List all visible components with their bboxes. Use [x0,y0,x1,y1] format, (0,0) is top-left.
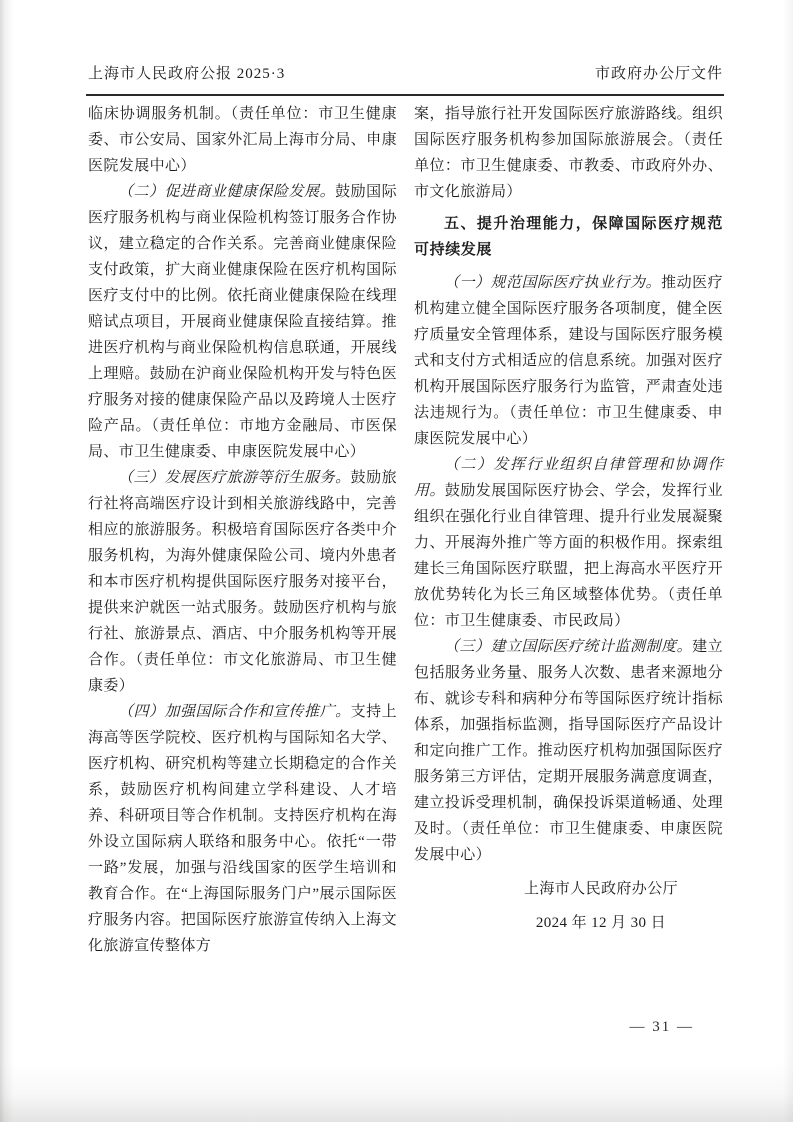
gazette-title: 上海市人民政府公报 2025·3 [88,62,285,83]
paragraph-body: 推动医疗机构建立健全国际医疗服务各项制度，健全医疗质量安全管理体系，建设与国际医… [414,275,723,447]
paragraph-lead: （二）促进商业健康保险发展。 [118,184,335,200]
signature-date: 2024 年 12 月 30 日 [414,910,723,936]
paragraph-item-1: （一）规范国际医疗执业行为。推动医疗机构建立健全国际医疗服务各项制度，健全医疗质… [414,270,723,452]
signature-organization: 上海市人民政府办公厅 [414,876,723,902]
paragraph-lead: （三）发展医疗旅游等衍生服务。 [118,470,351,486]
paragraph-item-4: （四）加强国际合作和宣传推广。支持上海高等医学院校、医疗机构与国际知名大学、医疗… [88,699,397,959]
page-header: 上海市人民政府公报 2025·3 市政府办公厅文件 [88,62,723,83]
paragraph-item-2: （二）发挥行业组织自律管理和协调作用。鼓励发展国际医疗协会、学会，发挥行业组织在… [414,452,723,634]
right-column: 案，指导旅行社开发国际医疗旅游路线。组织国际医疗服务机构参加国际旅游展会。（责任… [414,101,723,959]
paragraph-body: 鼓励发展国际医疗协会、学会，发挥行业组织在强化行业自律管理、提升行业发展凝聚力、… [414,483,723,629]
page-number: — 31 — [630,1019,695,1036]
paragraph-continuation: 案，指导旅行社开发国际医疗旅游路线。组织国际医疗服务机构参加国际旅游展会。（责任… [414,101,723,205]
signature-block: 上海市人民政府办公厅 2024 年 12 月 30 日 [414,876,723,936]
section-heading-5: 五、提升治理能力，保障国际医疗规范可持续发展 [414,211,723,263]
paragraph-item-3: （三）建立国际医疗统计监测制度。建立包括服务业务量、服务人次数、患者来源地分布、… [414,634,723,868]
paragraph-item-2: （二）促进商业健康保险发展。鼓励国际医疗服务机构与商业保险机构签订服务合作协议，… [88,179,397,465]
left-column: 临床协调服务机制。（责任单位：市卫生健康委、市公安局、国家外汇局上海市分局、申康… [88,101,397,959]
paragraph-body: 鼓励国际医疗服务机构与商业保险机构签订服务合作协议，建立稳定的合作关系。完善商业… [88,184,397,460]
paragraph-body: 鼓励旅行社将高端医疗设计到相关旅游线路中，完善相应的旅游服务。积极培育国际医疗各… [88,470,397,694]
header-divider [86,94,724,96]
paragraph-continuation: 临床协调服务机制。（责任单位：市卫生健康委、市公安局、国家外汇局上海市分局、申康… [88,101,397,179]
paragraph-body: 建立包括服务业务量、服务人次数、患者来源地分布、就诊专科和病种分布等国际医疗统计… [414,639,723,863]
paragraph-lead: （一）规范国际医疗执业行为。 [444,275,661,291]
paragraph-body: 支持上海高等医学院校、医疗机构与国际知名大学、医疗机构、研究机构等建立长期稳定的… [88,704,397,954]
paragraph-item-3: （三）发展医疗旅游等衍生服务。鼓励旅行社将高端医疗设计到相关旅游线路中，完善相应… [88,465,397,699]
document-body: 临床协调服务机制。（责任单位：市卫生健康委、市公安局、国家外汇局上海市分局、申康… [88,101,723,959]
document-category-label: 市政府办公厅文件 [595,62,723,83]
paragraph-lead: （四）加强国际合作和宣传推广。 [118,704,351,720]
paragraph-lead: （三）建立国际医疗统计监测制度。 [444,639,692,655]
